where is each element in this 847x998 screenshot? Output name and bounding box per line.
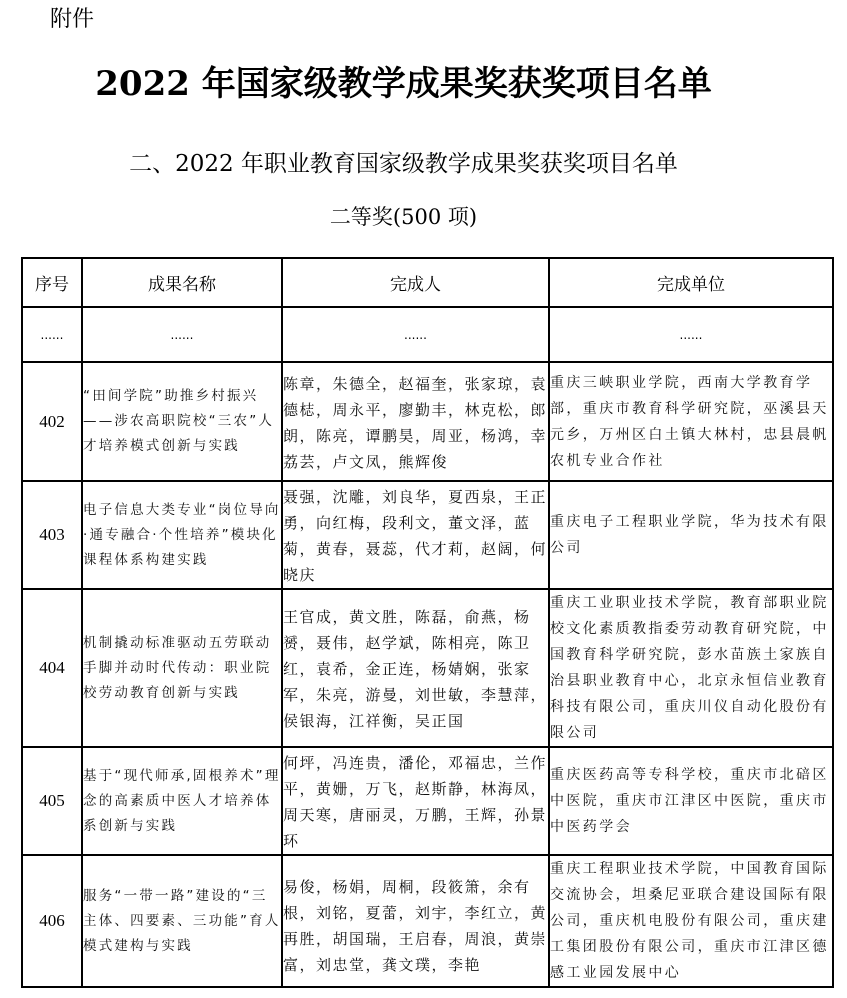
table-header-row: 序号 成果名称 完成人 完成单位 bbox=[22, 258, 833, 307]
row-units: 重庆电子工程职业学院，华为技术有限公司 bbox=[549, 481, 833, 589]
row-achievement: 基于“现代师承,固根养术”理念的高素质中医人才培养体系创新与实践 bbox=[82, 747, 282, 855]
row-achievement: 电子信息大类专业“岗位导向·通专融合·个性培养”模块化课程体系构建实践 bbox=[82, 481, 282, 589]
row-index: 404 bbox=[22, 589, 82, 747]
ellipsis-units: ...... bbox=[549, 307, 833, 362]
attachment-label: 附件 bbox=[50, 2, 94, 33]
row-completers: 聂强，沈雕，刘良华，夏西泉，王正勇，向红梅，段利文，董文泽，蓝菊，黄春，聂蕊，代… bbox=[282, 481, 549, 589]
prize-level-heading: 二等奖(500 项) bbox=[0, 201, 847, 231]
row-completers: 何坪，冯连贵，潘伦，邓福忠，兰作平，黄姗，万飞，赵斯静，林海凤，周天寒，唐丽灵，… bbox=[282, 747, 549, 855]
row-units: 重庆工程职业技术学院，中国教育国际交流协会，坦桑尼亚联合建设国际有限公司，重庆机… bbox=[549, 855, 833, 987]
row-index: 402 bbox=[22, 362, 82, 481]
ellipsis-row: ...... ...... ...... ...... bbox=[22, 307, 833, 362]
table-row: 405 基于“现代师承,固根养术”理念的高素质中医人才培养体系创新与实践 何坪，… bbox=[22, 747, 833, 855]
ellipsis-index: ...... bbox=[22, 307, 82, 362]
table-row: 404 机制撬动标准驱动五劳联动手脚并动时代传动：职业院校劳动教育创新与实践 王… bbox=[22, 589, 833, 747]
header-completers: 完成人 bbox=[282, 258, 549, 307]
table-row: 403 电子信息大类专业“岗位导向·通专融合·个性培养”模块化课程体系构建实践 … bbox=[22, 481, 833, 589]
ellipsis-completers: ...... bbox=[282, 307, 549, 362]
row-achievement: “田间学院”助推乡村振兴——涉农高职院校“三农”人才培养模式创新与实践 bbox=[82, 362, 282, 481]
row-achievement: 机制撬动标准驱动五劳联动手脚并动时代传动：职业院校劳动教育创新与实践 bbox=[82, 589, 282, 747]
ellipsis-achievement: ...... bbox=[82, 307, 282, 362]
award-list-table: 序号 成果名称 完成人 完成单位 ...... ...... ...... ..… bbox=[21, 257, 834, 988]
section-title: 二、2022 年职业教育国家级教学成果奖获奖项目名单 bbox=[0, 145, 847, 178]
row-index: 406 bbox=[22, 855, 82, 987]
row-completers: 陈章，朱德全，赵福奎，张家琼，袁德梽，周永平，廖勤丰，林克松，郎朗，陈亮，谭鹏昊… bbox=[282, 362, 549, 481]
table-row: 402 “田间学院”助推乡村振兴——涉农高职院校“三农”人才培养模式创新与实践 … bbox=[22, 362, 833, 481]
main-title: 2022 年国家级教学成果奖获奖项目名单 bbox=[0, 56, 847, 105]
row-units: 重庆工业职业技术学院，教育部职业院校文化素质教指委劳动教育研究院，中国教育科学研… bbox=[549, 589, 833, 747]
row-achievement: 服务“一带一路”建设的“三主体、四要素、三功能”育人模式建构与实践 bbox=[82, 855, 282, 987]
row-completers: 王官成，黄文胜，陈磊，俞燕，杨赟，聂伟，赵学斌，陈相亮，陈卫红，袁希，金正连，杨… bbox=[282, 589, 549, 747]
row-completers: 易俊，杨娟，周桐，段筱箫，余有根，刘铭，夏蕾，刘宇，李红立，黄再胜，胡国瑞，王启… bbox=[282, 855, 549, 987]
table-row: 406 服务“一带一路”建设的“三主体、四要素、三功能”育人模式建构与实践 易俊… bbox=[22, 855, 833, 987]
header-achievement: 成果名称 bbox=[82, 258, 282, 307]
row-units: 重庆三峡职业学院，西南大学教育学部，重庆市教育科学研究院，巫溪县天元乡，万州区白… bbox=[549, 362, 833, 481]
row-units: 重庆医药高等专科学校，重庆市北碚区中医院，重庆市江津区中医院，重庆市中医药学会 bbox=[549, 747, 833, 855]
header-units: 完成单位 bbox=[549, 258, 833, 307]
row-index: 403 bbox=[22, 481, 82, 589]
row-index: 405 bbox=[22, 747, 82, 855]
header-index: 序号 bbox=[22, 258, 82, 307]
